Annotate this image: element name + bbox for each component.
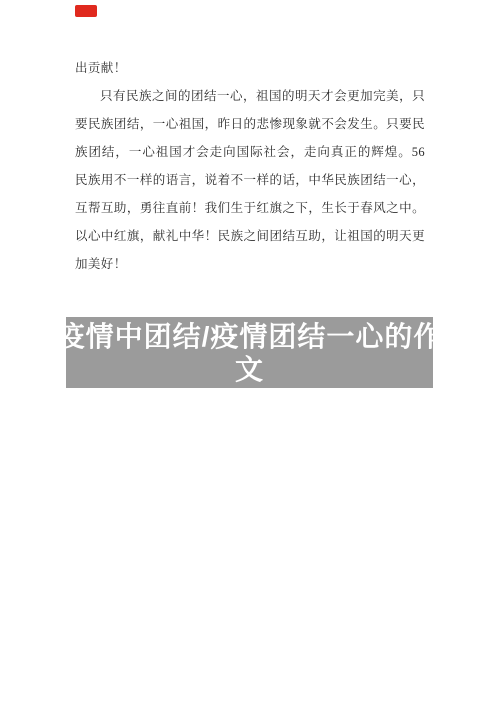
title-banner: 疫情中团结/疫情团结一心的作 文: [66, 317, 433, 388]
paragraph-ending: 出贡献！: [75, 54, 425, 82]
red-badge: [75, 5, 97, 17]
article-text-block: 出贡献！ 只有民族之间的团结一心，祖国的明天才会更加完美，只要民族团结，一心祖国…: [75, 54, 425, 278]
title-line-1: 疫情中团结/疫情团结一心的作: [57, 320, 443, 353]
paragraph-body: 只有民族之间的团结一心，祖国的明天才会更加完美，只要民族团结，一心祖国，昨日的悲…: [75, 82, 425, 278]
document-page: 出贡献！ 只有民族之间的团结一心，祖国的明天才会更加完美，只要民族团结，一心祖国…: [0, 0, 500, 707]
title-line-2: 文: [235, 353, 264, 386]
